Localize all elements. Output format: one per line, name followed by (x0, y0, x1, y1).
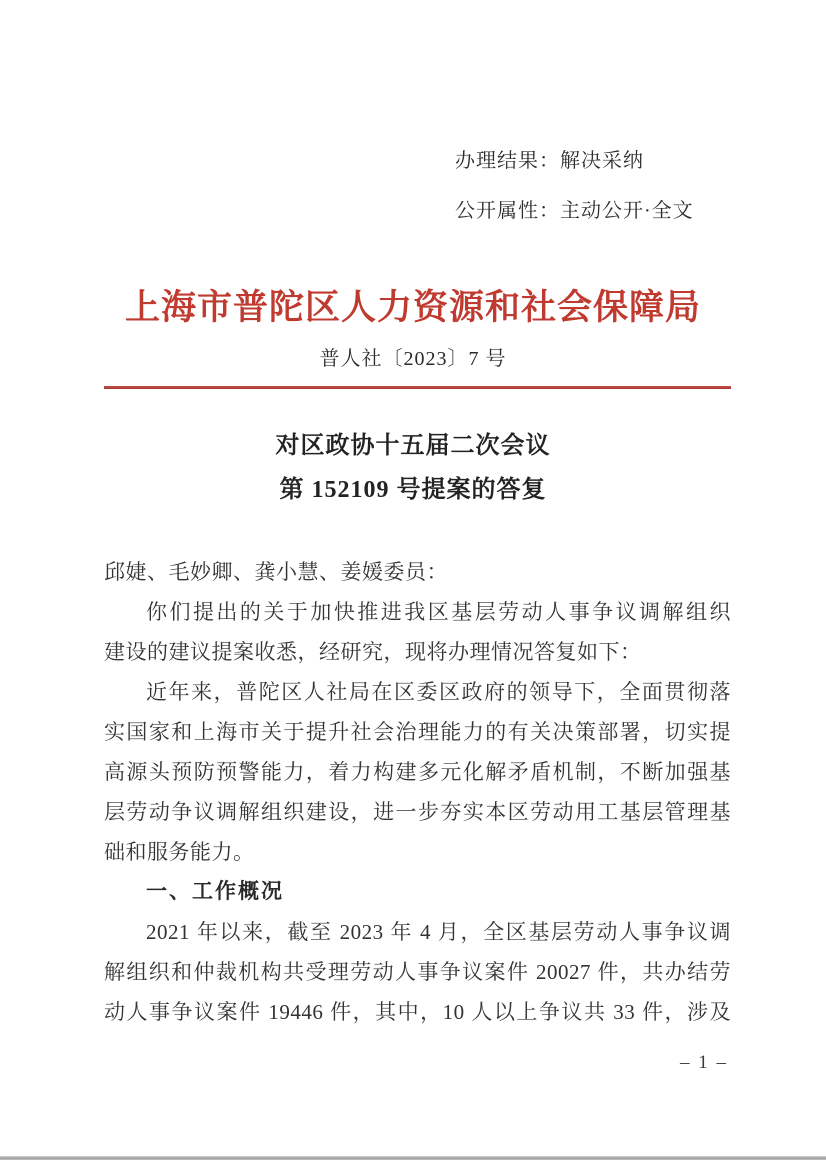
body-line: 你们提出的关于加快推进我区基层劳动人事争议调解组织 (104, 592, 731, 632)
body-line: 解组织和仲裁机构共受理劳动人事争议案件 20027 件，共办结劳 (104, 952, 731, 992)
document-title-line1: 对区政协十五届二次会议 (276, 433, 551, 459)
red-divider-rule (104, 386, 731, 389)
scan-edge-shadow (0, 1156, 826, 1160)
header-meta: 办理结果：解决采纳 公开属性：主动公开·全文 (455, 136, 694, 236)
document-page: 办理结果：解决采纳 公开属性：主动公开·全文 上海市普陀区人力资源和社会保障局 … (0, 0, 826, 1169)
document-title-line2: 第 152109 号提案的答复 (280, 477, 547, 503)
body-line: 近年来，普陀区人社局在区委区政府的领导下，全面贯彻落 (104, 672, 731, 712)
document-title: 对区政协十五届二次会议 第 152109 号提案的答复 (0, 424, 826, 512)
handling-result: 办理结果：解决采纳 (455, 136, 694, 186)
page-number: – 1 – (680, 1052, 728, 1074)
body-line: 层劳动争议调解组织建设，进一步夯实本区劳动用工基层管理基 (104, 792, 731, 832)
body-line: 高源头预防预警能力，着力构建多元化解矛盾机制，不断加强基 (104, 752, 731, 792)
body-line: 实国家和上海市关于提升社会治理能力的有关决策部署，切实提 (104, 712, 731, 752)
body-line: 建设的建议提案收悉，经研究，现将办理情况答复如下： (104, 632, 731, 672)
body-line: 2021 年以来，截至 2023 年 4 月，全区基层劳动人事争议调 (104, 912, 731, 952)
document-number: 普人社〔2023〕7 号 (0, 342, 826, 371)
agency-title: 上海市普陀区人力资源和社会保障局 (0, 280, 826, 330)
disclosure-attribute: 公开属性：主动公开·全文 (455, 186, 694, 236)
body-line: 邱婕、毛妙卿、龚小慧、姜媛委员： (104, 552, 731, 592)
document-body: 邱婕、毛妙卿、龚小慧、姜媛委员：你们提出的关于加快推进我区基层劳动人事争议调解组… (104, 552, 731, 1032)
body-line: 动人事争议案件 19446 件，其中，10 人以上争议共 33 件，涉及 (104, 992, 731, 1032)
body-line: 础和服务能力。 (104, 832, 731, 872)
section-heading: 一、工作概况 (104, 872, 731, 912)
